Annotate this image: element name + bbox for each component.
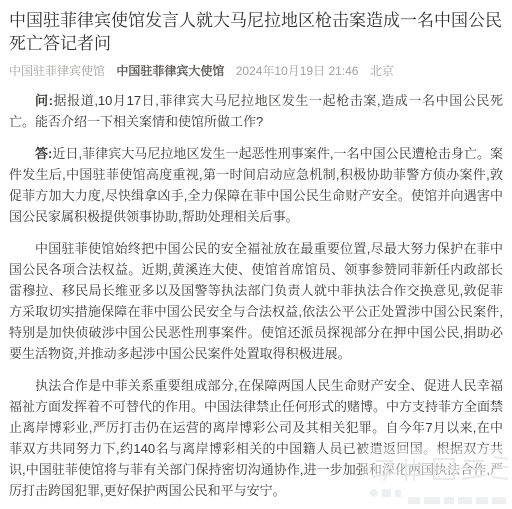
article-title: 中国驻菲律宾使馆发言人就大马尼拉地区枪击案造成一名中国公民死亡答记者问 (9, 0, 503, 55)
question-lead: 问: (35, 93, 53, 108)
paragraph-question: 问:据报道,10月17日,菲律宾大马尼拉地区发生一起枪击案,造成一名中国公民死亡… (9, 90, 503, 132)
article-page: 中国驻菲律宾使馆发言人就大马尼拉地区枪击案造成一名中国公民死亡答记者问 中国驻菲… (0, 0, 512, 501)
publish-datetime: 2024年10月19日 21:46 (236, 64, 359, 78)
article-meta: 中国驻菲律宾使馆 中国驻菲律宾大使馆 2024年10月19日 21:46 北京 (9, 63, 503, 79)
answer-lead: 答: (35, 146, 52, 161)
answer-text-3: 执法合作是中菲关系重要组成部分,在保障两国人民生命财产安全、促进人民幸福福祉方面… (9, 378, 503, 498)
paragraph-answer-1: 答:近日,菲律宾大马尼拉地区发生一起恶性刑事案件,一名中国公民遭枪击身亡。案件发… (9, 143, 503, 227)
answer-text-2: 中国驻菲使馆始终把中国公民的安全福祉放在最重要位置,尽最大努力保护在菲中国公民各… (9, 241, 503, 361)
paragraph-answer-3: 执法合作是中菲关系重要组成部分,在保障两国人民生命财产安全、促进人民幸福福祉方面… (9, 375, 503, 501)
paragraph-answer-2: 中国驻菲使馆始终把中国公民的安全福祉放在最重要位置,尽最大努力保护在菲中国公民各… (9, 238, 503, 364)
author-name: 中国驻菲律宾使馆 (9, 64, 105, 78)
answer-text-1: 近日,菲律宾大马尼拉地区发生一起恶性刑事案件,一名中国公民遭枪击身亡。案件发生后… (9, 146, 503, 224)
publish-location: 北京 (370, 64, 394, 78)
account-name-link[interactable]: 中国驻菲律宾大使馆 (116, 64, 224, 78)
article-body: 问:据报道,10月17日,菲律宾大马尼拉地区发生一起枪击案,造成一名中国公民死亡… (9, 90, 503, 501)
question-text: 据报道,10月17日,菲律宾大马尼拉地区发生一起枪击案,造成一名中国公民死亡。能… (9, 93, 503, 129)
